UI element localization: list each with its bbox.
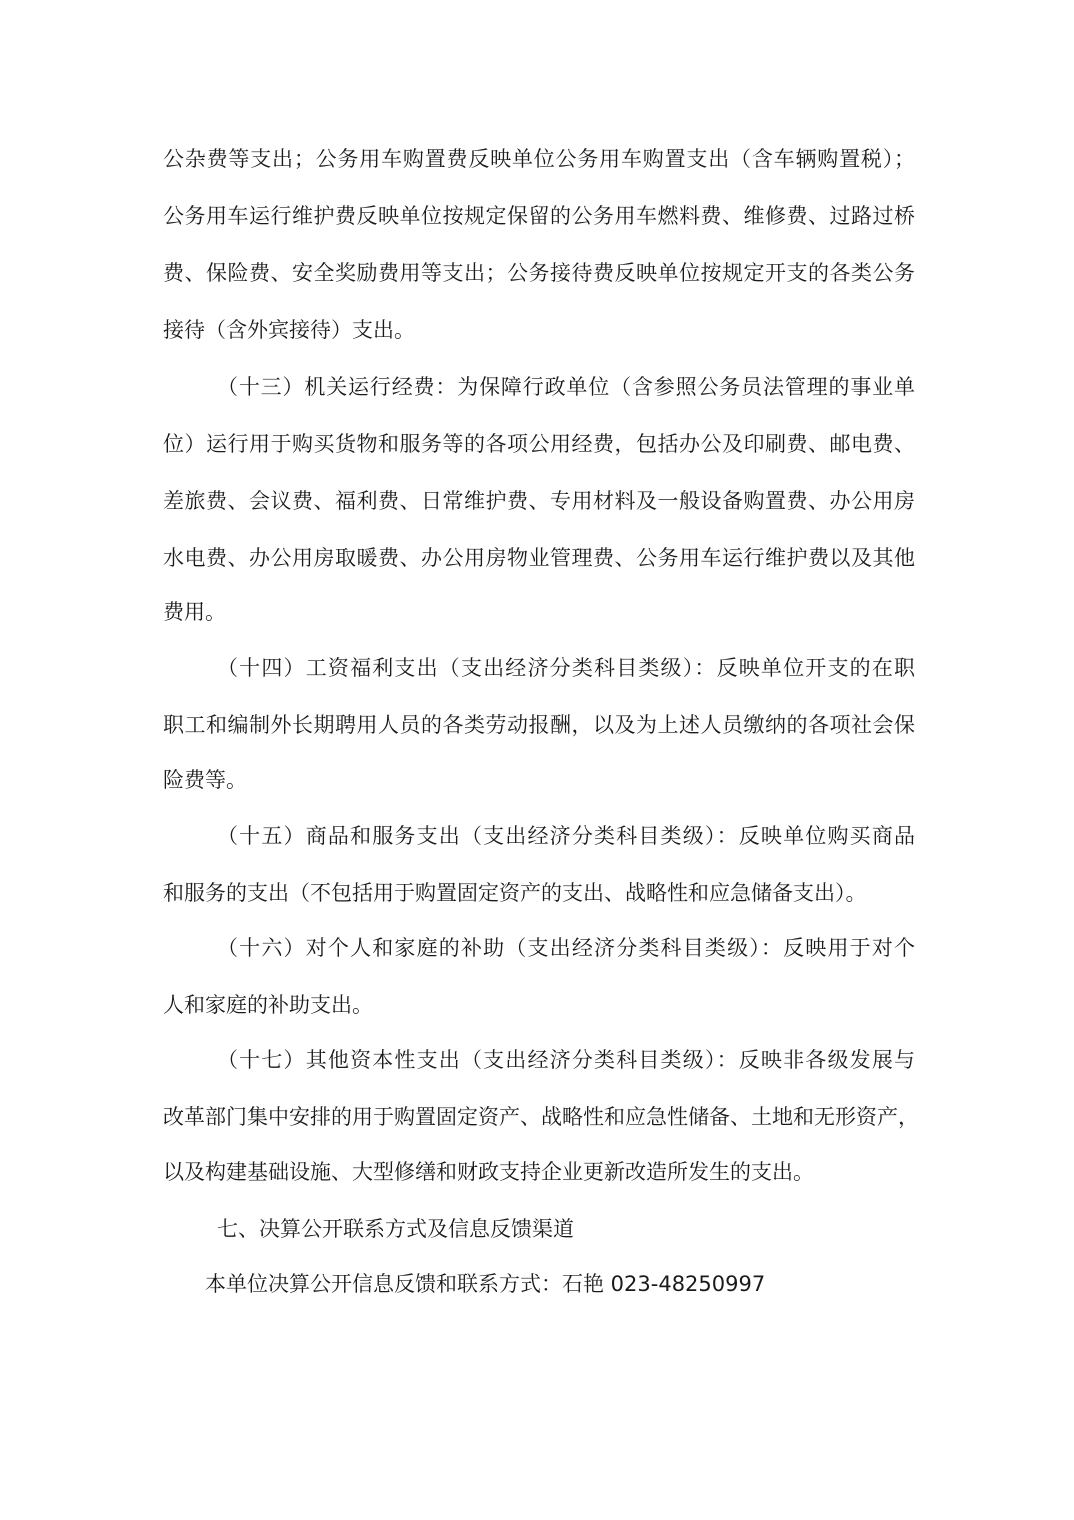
paragraph-17-line: （十七）其他资本性支出（支出经济分类科目类级）：反映非各级发展与: [217, 1046, 915, 1074]
paragraph-13-line: 水电费、办公用房取暖费、办公用房物业管理费、公务用车运行维护费以及其他: [163, 544, 915, 572]
paragraph-14-line: （十四）工资福利支出（支出经济分类科目类级）：反映单位开支的在职: [217, 654, 915, 682]
paragraph-17-line: 改革部门集中安排的用于购置固定资产、战略性和应急性储备、土地和无形资产，: [163, 1103, 915, 1131]
paragraph-line: 接待（含外宾接待）支出。: [163, 316, 915, 344]
document-page: 公杂费等支出；公务用车购置费反映单位公务用车购置支出（含车辆购置税）； 公务用车…: [0, 0, 1074, 1520]
paragraph-line: 费、保险费、安全奖励费用等支出；公务接待费反映单位按规定开支的各类公务: [163, 259, 915, 287]
contact-info: 本单位决算公开信息反馈和联系方式：石艳 023-48250997: [205, 1270, 765, 1298]
paragraph-14-line: 险费等。: [163, 766, 915, 794]
paragraph-16-line: 人和家庭的补助支出。: [163, 991, 915, 1019]
paragraph-14-line: 职工和编制外长期聘用人员的各类劳动报酬，以及为上述人员缴纳的各项社会保: [163, 711, 915, 739]
paragraph-13-line: 差旅费、会议费、福利费、日常维护费、专用材料及一般设备购置费、办公用房: [163, 487, 915, 515]
paragraph-16-line: （十六）对个人和家庭的补助（支出经济分类科目类级）：反映用于对个: [217, 934, 915, 962]
paragraph-13-line: 位）运行用于购买货物和服务等的各项公用经费，包括办公及印刷费、邮电费、: [163, 430, 915, 458]
paragraph-13-line: 费用。: [163, 598, 915, 626]
section-heading: 七、决算公开联系方式及信息反馈渠道: [217, 1215, 574, 1243]
paragraph-15-line: （十五）商品和服务支出（支出经济分类科目类级）：反映单位购买商品: [217, 822, 915, 850]
paragraph-line: 公杂费等支出；公务用车购置费反映单位公务用车购置支出（含车辆购置税）；: [163, 145, 915, 173]
paragraph-15-line: 和服务的支出（不包括用于购置固定资产的支出、战略性和应急储备支出）。: [163, 879, 915, 907]
paragraph-line: 公务用车运行维护费反映单位按规定保留的公务用车燃料费、维修费、过路过桥: [163, 202, 915, 230]
paragraph-17-line: 以及构建基础设施、大型修缮和财政支持企业更新改造所发生的支出。: [163, 1158, 915, 1186]
paragraph-13-line: （十三）机关运行经费：为保障行政单位（含参照公务员法管理的事业单: [217, 373, 915, 401]
